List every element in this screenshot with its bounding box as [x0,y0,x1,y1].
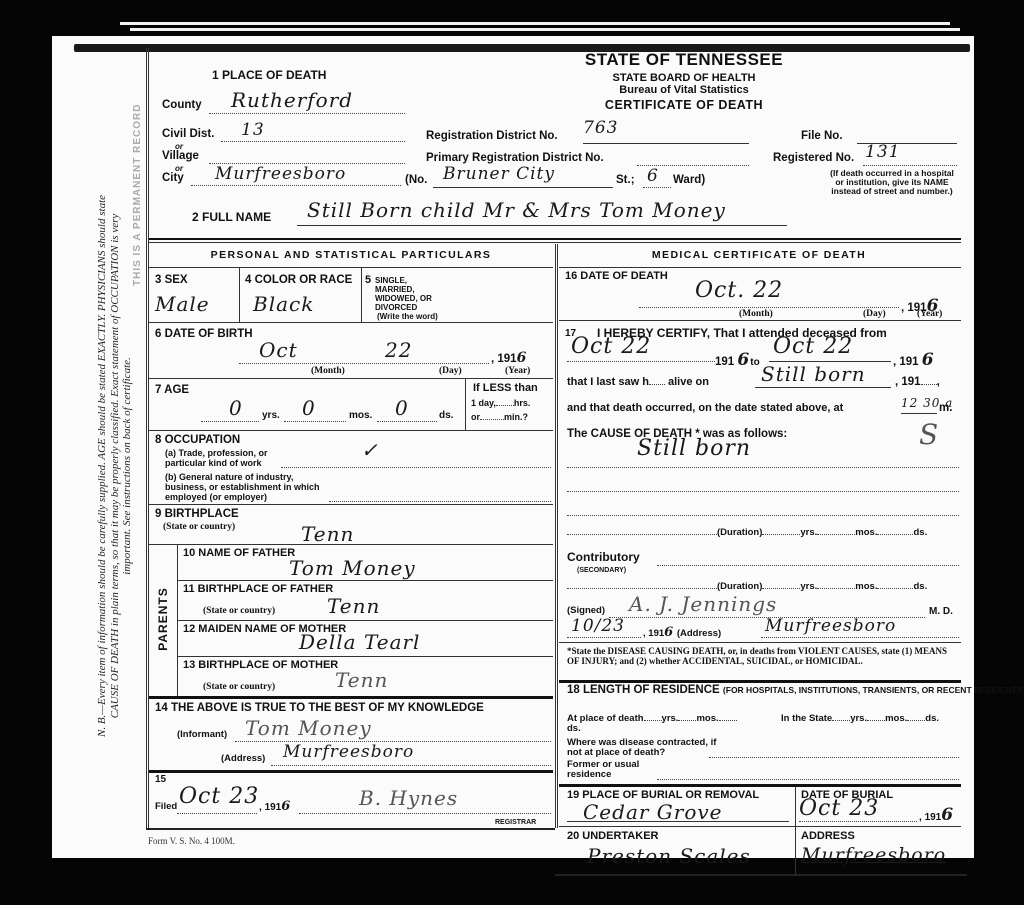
cause-field-3[interactable] [567,504,959,516]
alive-year-field[interactable] [921,384,937,385]
registrar-label: REGISTRAR [495,818,536,827]
filed-year-prefix: 191 [265,802,282,813]
former-residence-field[interactable] [657,768,959,780]
dob-field[interactable]: Oct 22 [239,348,489,364]
divider [465,378,466,430]
city-field[interactable]: Murfreesboro [191,172,401,186]
at-place-mos-field[interactable] [678,720,696,721]
registered-no-label: Registered No. [773,152,854,164]
dob-month: Oct [259,338,298,362]
village-label: Village [162,150,199,162]
divider [177,580,553,581]
filed-date-value: Oct 23 [179,784,259,809]
duration-row-2: (Duration)yrs.mos.ds. [567,582,959,592]
column-divider [555,244,558,828]
alive-on-value: Still born [761,362,866,386]
cause-value: Still born [637,436,751,461]
title-block: STATE OF TENNESSEE STATE BOARD OF HEALTH… [519,50,849,112]
burial-year-prefix: 191 [925,812,942,823]
informant-address-field[interactable]: Murfreesboro [271,754,551,766]
street-suffix-label: St.; [616,174,635,186]
civil-dist-value: 13 [241,120,265,140]
occ-b-field[interactable] [329,490,551,502]
duration-mos-field[interactable] [817,588,855,589]
contracted-label: Where was disease contracted, if not at … [567,738,727,758]
death-occurred-label: and that death occurred, on the date sta… [567,402,843,414]
registrar-field[interactable]: B. Hynes [299,802,551,814]
birthplace-label: 9 BIRTHPLACE [155,508,239,520]
burial-place-value: Cedar Grove [583,800,723,824]
full-name-field[interactable]: Still Born child Mr & Mrs Tom Money [297,206,787,226]
former-residence-label: Former or usual residence [567,760,657,780]
header-divider [149,238,961,240]
cause-field-1[interactable]: Still born [567,456,959,468]
age-label: 7 AGE [155,384,189,396]
hrs-label: hrs. [514,398,531,408]
burial-date-value: Oct 23 [799,796,879,821]
min-row: ormin.? [471,412,528,422]
in-state-row: In the Stateyrs.mos.ds. [781,714,961,724]
page-stack-edge [130,28,960,31]
filed-num: 15 [155,774,166,785]
signed-value: A. J. Jennings [629,592,777,616]
file-no-label: File No. [801,130,843,142]
mother-name-value[interactable]: Della Tearl [299,630,420,654]
ds-label: ds. [913,581,927,592]
sex-label: 3 SEX [155,274,188,286]
sex-value[interactable]: Male [155,292,210,316]
medical-heading: MEDICAL CERTIFICATE OF DEATH [559,249,959,261]
city-label: City [162,172,184,184]
at-place-ds-field[interactable] [719,720,737,721]
age-mos-value: 0 [302,396,316,420]
ward-field[interactable]: 6 [643,174,671,188]
ds-label: ds. [925,713,939,724]
state-title: STATE OF TENNESSEE [519,50,849,70]
occupation-label: 8 OCCUPATION [155,434,240,446]
dod-value: Oct. 22 [695,278,783,303]
in-state-ds-field[interactable] [907,720,925,721]
dob-day: 22 [385,338,412,362]
alive-year: , 191, [895,376,940,388]
last-saw-label: that I last saw h [567,376,649,388]
father-birthplace-value[interactable]: Tenn [327,594,380,618]
min-label: min.? [504,412,528,422]
burial-place-field[interactable]: Cedar Grove [567,806,789,822]
attended-from-year: 191 6to [715,350,760,370]
filed-year-suffix: 6 [281,799,291,814]
dob-day-hint: (Day) [439,366,462,376]
header-divider-thin [149,242,961,243]
yrs-label: yrs. [850,713,867,724]
occ-a-field[interactable]: ✓ [281,456,551,468]
contributory-field[interactable] [657,554,959,566]
one-day-label: 1 day, [471,398,496,408]
attended-to-year: , 191 6 [893,350,935,370]
last-saw-row: that I last saw h alive on [567,376,709,388]
primary-reg-label: Primary Registration District No. [426,152,604,164]
time-field[interactable]: 12 30 a [901,400,937,414]
informant-label: (Informant) [177,730,227,740]
cause-field-2[interactable] [567,480,959,492]
divider [559,826,961,827]
mother-birthplace-value[interactable]: Tenn [335,668,388,692]
attended-from-year-prefix: 191 [715,356,734,368]
in-state-label: In the State [781,713,832,724]
street-no-label: (No. [405,174,427,186]
duration-lead [567,534,717,535]
father-birthplace-hint: (State or country) [203,606,275,616]
attended-from-value: Oct 22 [571,334,651,359]
certificate-form: 1 PLACE OF DEATH County Rutherford Civil… [146,48,970,828]
undertaker-label: 20 UNDERTAKER [567,830,658,842]
secondary-label: (SECONDARY) [577,566,626,575]
pronoun-field[interactable] [649,384,665,385]
attended-to-year-prefix: 191 [899,356,918,368]
divider [149,267,553,268]
mother-birthplace-hint: (State or country) [203,682,275,692]
contributory-label: Contributory [567,550,640,564]
filed-date-field[interactable]: Oct 23 [177,802,257,814]
occ-a-label: (a) Trade, profession, or particular kin… [165,448,275,468]
reg-district-value: 763 [583,118,618,138]
street-field[interactable]: Bruner City [433,172,613,188]
mother-birthplace-label: 13 BIRTHPLACE OF MOTHER [183,660,273,670]
marital-field[interactable] [449,278,549,318]
duration-label: (Duration) [717,527,762,538]
divider [239,268,240,322]
divider [559,320,961,321]
dod-year-hint: (Year) [917,309,942,319]
yrs-label: yrs. [800,527,817,538]
or-label: or [471,412,480,422]
ward-value: 6 [647,166,659,186]
informant-field[interactable]: Tom Money [235,730,551,742]
marital-hint: (Write the word) [377,312,438,321]
to-label: to [750,357,759,368]
duration-ds-field[interactable] [877,588,913,589]
alive-on-label: alive on [668,376,709,388]
in-state-mos-field[interactable] [867,720,885,721]
filed-label: Filed [155,802,177,812]
duration-yrs-field[interactable] [762,588,800,589]
city-value: Murfreesboro [215,164,346,184]
section-divider [559,784,961,787]
hrs-field[interactable] [496,405,514,406]
mos-label: mos. [349,410,372,421]
yrs-label: yrs. [800,581,817,592]
alive-on-field[interactable]: Still born [755,374,891,388]
attended-to-value: Oct 22 [773,334,853,359]
undertaker-address-label: ADDRESS [801,830,855,842]
ward-label: Ward) [673,174,705,186]
contracted-field[interactable] [709,746,959,758]
mos-label: mos. [855,527,877,538]
dod-field[interactable]: Oct. 22 [639,294,899,308]
age-ds-value: 0 [395,396,409,420]
father-name-value[interactable]: Tom Money [289,556,416,580]
divider [559,642,961,643]
mos-label: mos. [885,713,907,724]
signed-label: (Signed) [567,606,605,616]
dob-year-hint: (Year) [505,366,530,376]
undertaker-value[interactable]: Preston Scales [587,844,751,868]
signed-year-prefix: 191 [648,628,664,639]
mother-name-label: 12 MAIDEN NAME OF MOTHER [183,624,293,635]
section-divider [559,680,961,683]
marital-num: 5 [365,274,371,286]
duration-lead [567,588,717,589]
full-name-label: 2 FULL NAME [192,210,271,224]
burial-year-suffix: 6 [941,805,954,825]
form-bottom-border-right [555,874,967,876]
primary-reg-field[interactable] [637,152,749,166]
form-number: Form V. S. No. 4 100M. [148,836,235,846]
address-label: (Address) [221,754,265,764]
reg-district-field[interactable]: 763 [583,128,749,144]
burial-date-field[interactable]: Oct 23 [799,808,917,822]
parents-label: PARENTS [156,579,170,659]
cause-footnote: *State the DISEASE CAUSING DEATH, or, in… [567,646,959,666]
marital-label: SINGLE, MARRIED, WIDOWED, OR DIVORCED [375,276,445,312]
informant-address-value: Murfreesboro [283,742,414,762]
duration-mos-field[interactable] [817,534,855,535]
divider [795,786,796,874]
dob-month-hint: (Month) [311,366,345,376]
at-place-yrs-field[interactable] [644,720,662,721]
race-value[interactable]: Black [253,292,314,316]
divider [177,656,553,657]
min-field[interactable] [480,419,504,420]
hospital-note: (If death occurred in a hospital or inst… [825,169,959,196]
full-name-value: Still Born child Mr & Mrs Tom Money [307,198,726,222]
s-annotation: S [919,418,939,451]
sig-address-field[interactable]: Murfreesboro [761,626,959,638]
occ-a-value: ✓ [361,438,379,462]
residence-heading-text: 18 LENGTH OF RESIDENCE [567,684,720,696]
undertaker-address-value[interactable]: Murfreesboro [801,844,946,866]
signed-year: , 1916 (Address) [643,628,721,639]
duration-row: (Duration)yrs.mos.ds. [567,528,959,538]
alive-year-prefix: 191 [901,376,920,388]
margin-note-line2: CAUSE OF DEATH in plain terms, so that i… [109,76,122,856]
county-label: County [162,99,202,111]
dod-label: 16 DATE OF DEATH [565,270,668,282]
dod-month-hint: (Month) [739,309,773,319]
civil-dist-label: Civil Dist. [162,128,214,140]
father-birthplace-label: 11 BIRTHPLACE OF FATHER [183,584,273,594]
place-of-death-heading: 1 PLACE OF DEATH [212,68,326,82]
divider [149,322,553,323]
informant-heading: 14 THE ABOVE IS TRUE TO THE BEST OF MY K… [155,702,484,714]
civil-dist-field[interactable]: 13 [221,128,405,142]
duration-label: (Duration) [717,581,762,592]
birthplace-value[interactable]: Tenn [301,522,354,546]
registered-no-value: 131 [865,142,900,162]
time-suffix: m. [939,402,952,414]
residence-heading-note: (FOR HOSPITALS, INSTITUTIONS, TRANSIENTS… [723,685,1024,695]
signed-date-field[interactable]: 10/23 [567,626,641,638]
age-ds-field[interactable]: 0 [377,408,437,422]
dob-label: 6 DATE OF BIRTH [155,328,253,340]
divider [149,430,553,431]
divider [177,620,553,621]
ds-label: ds. [567,723,581,734]
permanent-record-text: THIS IS A PERMANENT RECORD [132,26,143,286]
divider [361,268,362,322]
registered-no-field[interactable]: 131 [863,152,957,166]
attended-from-year-suffix: 6 [737,350,750,370]
divider [149,504,553,505]
father-name-label: 10 NAME OF FATHER [183,548,243,559]
street-value: Bruner City [443,164,555,184]
signed-year-suffix: 6 [664,625,674,640]
yrs-label: yrs. [662,713,679,724]
sig-address-label: (Address) [677,628,721,639]
duration-ds-field[interactable] [877,534,913,535]
sig-address-value: Murfreesboro [765,616,896,636]
reg-district-label: Registration District No. [426,130,558,142]
yrs-label: yrs. [262,410,280,421]
divider [149,378,553,379]
page-stack-edge [120,22,950,25]
age-yrs-value: 0 [229,396,243,420]
personal-heading: PERSONAL AND STATISTICAL PARTICULARS [149,249,553,261]
divider [559,267,961,268]
form-bottom-border [146,828,555,830]
board-title: STATE BOARD OF HEALTH [519,72,849,84]
signed-date-value: 10/23 [571,616,625,636]
age-mos-field[interactable]: 0 [284,408,346,422]
one-day-row: 1 day,hrs. [471,398,530,408]
mos-label: mos. [696,713,718,724]
ds-label: ds. [913,527,927,538]
attended-to-year-suffix: 6 [922,350,935,370]
village-field[interactable] [209,150,405,164]
certificate-title: CERTIFICATE OF DEATH [519,98,849,112]
md-label: M. D. [929,606,953,617]
section-divider [149,696,553,699]
margin-note-line1: N. B.—Every item of information should b… [96,76,109,856]
ds-label: ds. [439,410,453,421]
in-state-yrs-field[interactable] [832,720,850,721]
certificate-paper: N. B.—Every item of information should b… [52,36,974,858]
at-place-row: At place of deathyrs.mos.ds. [567,714,747,734]
mos-label: mos. [855,581,877,592]
duration-yrs-field[interactable] [762,534,800,535]
burial-year: , 1916 [919,810,954,823]
less-than-label: If LESS than [473,382,538,394]
county-field[interactable]: Rutherford [209,98,405,114]
dob-year-prefix: 191 [497,353,516,365]
occ-b-label: (b) General nature of industry, business… [165,472,327,502]
attended-from-field[interactable]: Oct 22 [567,348,715,362]
residence-heading: 18 LENGTH OF RESIDENCE (FOR HOSPITALS, I… [567,684,1024,696]
divider [149,544,553,545]
section-divider [149,770,553,773]
dod-day-hint: (Day) [863,309,886,319]
permanent-record-stamp: THIS IS A PERMANENT RECORD [132,76,144,856]
county-value: Rutherford [231,88,353,112]
attended-to-field[interactable]: Oct 22 [769,348,891,362]
informant-value: Tom Money [245,716,372,740]
filed-year: , 1916 [259,802,291,813]
registrar-value: B. Hynes [359,786,458,810]
bureau-title: Bureau of Vital Statistics [519,84,849,96]
birthplace-hint: (State or country) [163,522,235,532]
dob-year-suffix: 6 [517,350,528,366]
race-label: 4 COLOR OR RACE [245,274,352,286]
dob-year: , 1916 [491,350,527,366]
age-yrs-field[interactable]: 0 [201,408,259,422]
